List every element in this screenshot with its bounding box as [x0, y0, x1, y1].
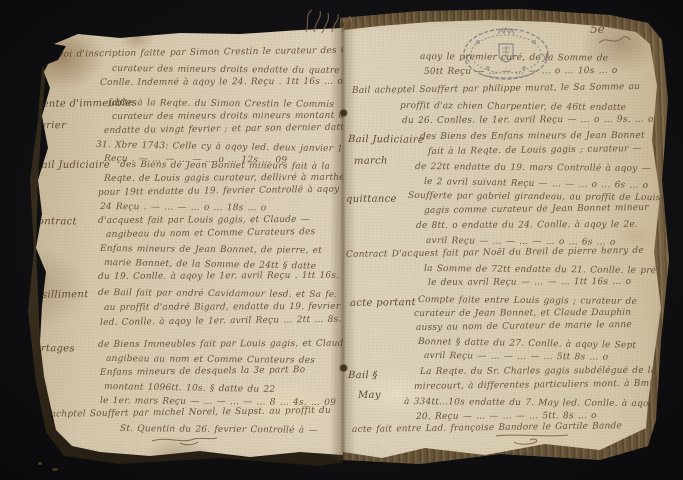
pen-flourish-icon: [150, 434, 220, 446]
text-line: à 334tt…10s endatte du 7. May led. Conll…: [404, 397, 671, 410]
text-line: avril Reçu — … — … — … 5tt 8s … o: [424, 351, 608, 364]
text-line: le deux avril Reçu — … — … 1tt 16s … o: [428, 277, 631, 289]
text-line: de 8tt. o endatte du 24. Conlle. à aqoy …: [416, 220, 638, 232]
binding-stitch-icon: [339, 364, 348, 372]
text-line: montant 1096tt. 10s. § datte du 22: [104, 382, 275, 396]
text-line: Enfans mineurs de Jean Bonnet, de pierre…: [100, 244, 322, 257]
text-line: acte fait entre Lad. françoise Bandore l…: [352, 421, 622, 436]
text-line: la Somme de 72tt endatte du 21. Conlle. …: [424, 264, 677, 277]
text-line: proffit d'az chien Charpentier, de 46tt …: [400, 101, 626, 114]
text-line: angibeau du nom et Comme Curateurs des: [106, 227, 316, 241]
text-line: La Reqte. du Sr. Charles gagis subdélégu…: [420, 366, 683, 378]
text-line: Bail acheptel Souffert par philippe mura…: [352, 82, 640, 97]
manuscript-photo: Renvoi d'inscription faitte par Simon Cr…: [0, 0, 683, 480]
text-line: curateur des mineurs droits endatte du q…: [112, 64, 377, 77]
text-line: au proffit d'andré Bigard, endatte du 19…: [104, 302, 340, 314]
margin-label: Contract: [30, 216, 77, 227]
text-line: du 26. Conlles. le 1er. avril Reçu — … o…: [402, 115, 654, 127]
text-line: mirecourt, à differentes particuliers mo…: [414, 379, 656, 393]
margin-label: march: [354, 156, 388, 167]
text-line: Bail achptel Souffert par michel Norel, …: [28, 406, 331, 421]
text-line: Enfans mineurs de desquels la 3e part Bo: [100, 365, 305, 379]
text-line: de Bail fait par andré Cavidamour lesd. …: [98, 288, 337, 301]
text-line: pour 19tt endatte du 19. fevrier Control…: [98, 184, 352, 199]
margin-label: May: [358, 390, 381, 401]
text-line: des Biens des Enfans mineurs de Jean Bon…: [420, 131, 645, 143]
text-line: de Biens Immeubles fait par Louis gagis,…: [98, 339, 349, 351]
text-line: du 19. Conlle. à aqoy le 1er. avril Reçu…: [98, 271, 339, 283]
text-line: Bonnet § datte du 27. Conlle. à aqoy le …: [418, 337, 636, 352]
text-line: gagis comme curateur de Jean Bonnet mine…: [424, 203, 649, 217]
pen-flourish-icon: [492, 432, 572, 446]
spine-fiber-tuft-icon: [300, 8, 352, 36]
text-line: Conlle. Indemné à aqoy le 24. Reçu . 1tt…: [100, 77, 343, 89]
margin-label: acte portant: [350, 297, 416, 309]
margin-label: fevrier: [30, 120, 66, 131]
text-line: 24 Reçu . — … — … o … 18s … o: [100, 202, 267, 214]
text-line: faitte à la Reqte. du Simon Crestin le C…: [108, 98, 334, 111]
text-line: des Biens de Jean Bonnet mineurs fait à …: [120, 160, 330, 173]
text-line: le 2 avril suivant Reçu — … — … o … 6s ……: [424, 177, 648, 192]
paper-speck: [38, 462, 42, 465]
text-line: led. Conlle. à aqoy le 1er. avril Reçu ……: [100, 315, 342, 329]
text-line: fait à la Reqte. de Louis gagis ; curate…: [428, 144, 642, 158]
margin-label: quittance: [346, 194, 397, 205]
text-line: Reqte. de Louis gagis curateur, dellivré…: [104, 173, 379, 185]
text-line: Contract D'acquest fait par Noël du Brei…: [346, 246, 644, 261]
text-line: Compte faite entre Louis gagis ; curateu…: [418, 295, 637, 308]
text-line: aussy au nom de Curateur de marie le ann…: [416, 320, 632, 334]
margin-label: Bail Judiciaire: [34, 160, 110, 171]
text-line: aqoy le premier curé, de la Somme de: [420, 52, 608, 65]
text-line: 50tt Reçu — … — … — … o … 10s … o: [424, 66, 618, 78]
text-line: endatte du vingt fevrier ; et par son de…: [104, 122, 366, 137]
margin-label: Bail §: [348, 370, 378, 381]
margin-label: Bail Judiciaire: [348, 134, 424, 146]
page-number-flourish-icon: [598, 34, 632, 48]
text-line: d'acquest fait par Louis gagis, et Claud…: [98, 215, 310, 227]
text-line: de 22tt endatte du 19. mars Controllé à …: [415, 162, 651, 175]
paper-speck: [52, 468, 58, 471]
binding-stitch-icon: [339, 109, 348, 117]
text-line: curateur de Jean Bonnet, et Claude Dauph…: [414, 308, 631, 320]
